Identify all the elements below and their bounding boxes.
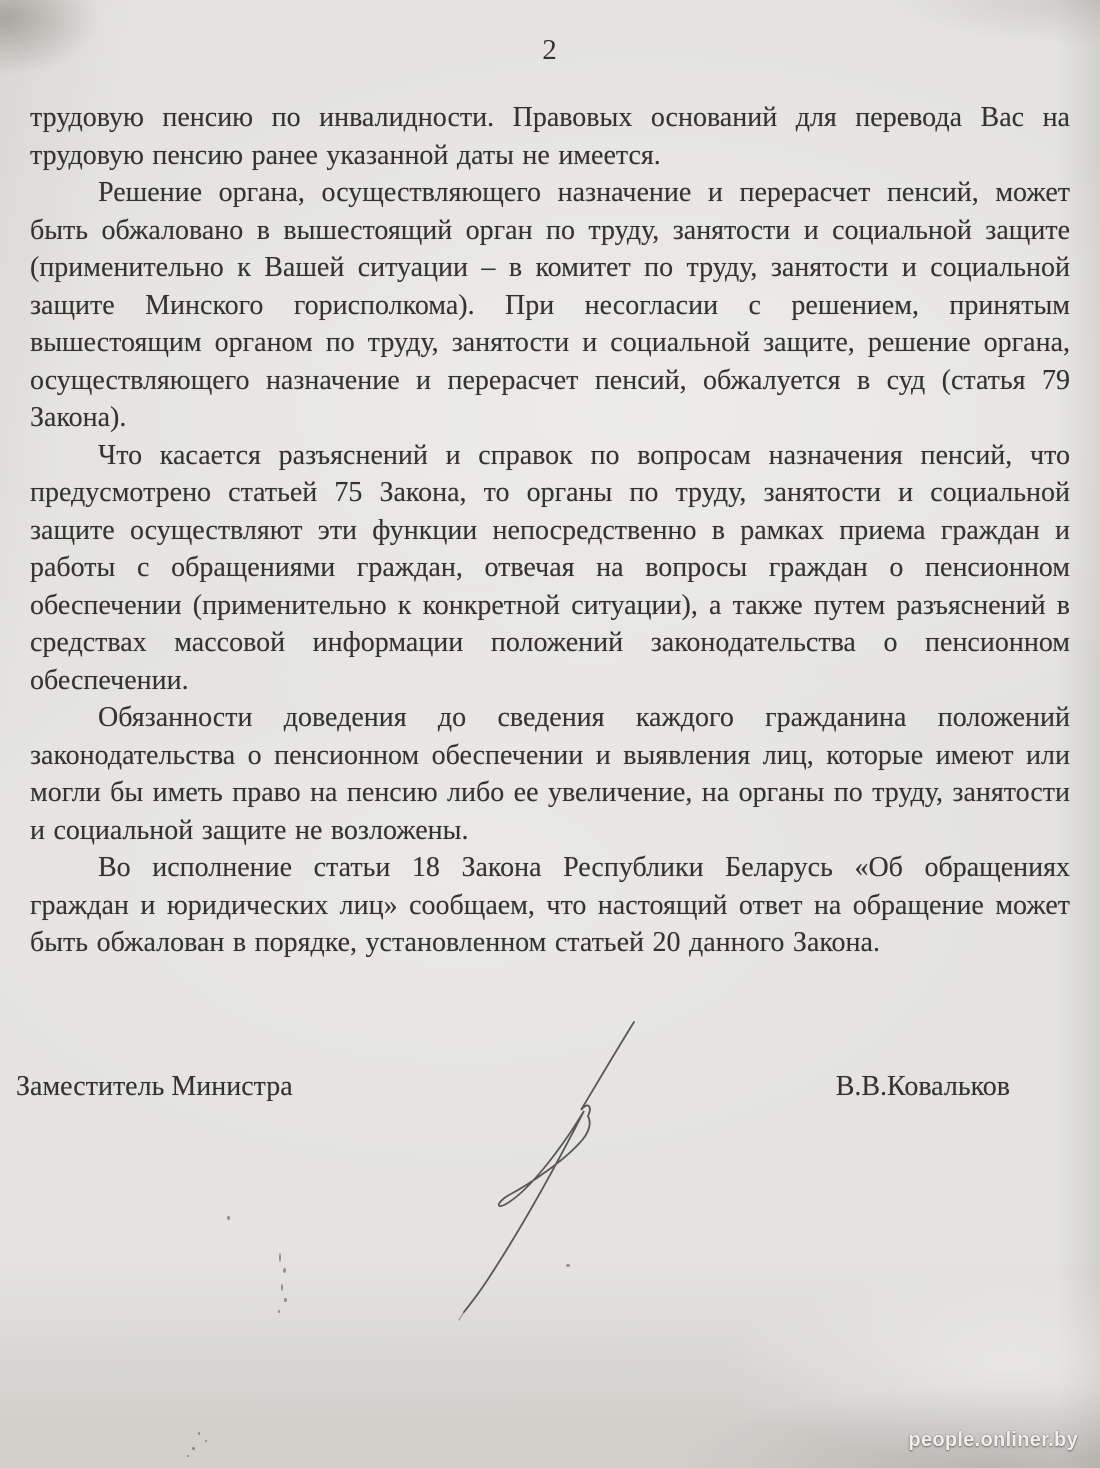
ink-speck bbox=[283, 1268, 286, 1273]
ink-speck bbox=[566, 1264, 570, 1267]
signoff-role: Заместитель Министра bbox=[16, 1071, 293, 1103]
page-number: 2 bbox=[0, 34, 1100, 67]
letter-paragraph: Обязанности доведения до сведения каждог… bbox=[30, 699, 1070, 849]
letter-paragraph: Во исполнение статьи 18 Закона Республик… bbox=[30, 849, 1070, 962]
ink-speck bbox=[278, 1310, 280, 1313]
ink-speck bbox=[187, 1455, 189, 1457]
ink-speck bbox=[284, 1298, 287, 1302]
letter-body: трудовую пенсию по инвалидности. Правовы… bbox=[30, 99, 1070, 962]
watermark: people.onliner.by bbox=[908, 1429, 1078, 1452]
signoff-row: Заместитель Министра В.В.Ковальков bbox=[16, 1071, 1010, 1103]
letter-paragraph: Решение органа, осуществляющего назначен… bbox=[30, 174, 1070, 437]
letter-paragraph: трудовую пенсию по инвалидности. Правовы… bbox=[30, 99, 1070, 174]
ink-speck bbox=[227, 1216, 230, 1220]
ink-speck bbox=[192, 1447, 195, 1450]
ink-speck bbox=[281, 1284, 283, 1291]
ink-speck bbox=[205, 1440, 207, 1442]
ink-speck bbox=[198, 1432, 200, 1435]
signoff-name: В.В.Ковальков bbox=[836, 1071, 1010, 1103]
scanned-letter-page: 2 трудовую пенсию по инвалидности. Право… bbox=[0, 0, 1100, 1468]
ink-speck bbox=[279, 1253, 281, 1262]
letter-paragraph: Что касается разъяснений и справок по во… bbox=[30, 437, 1070, 700]
